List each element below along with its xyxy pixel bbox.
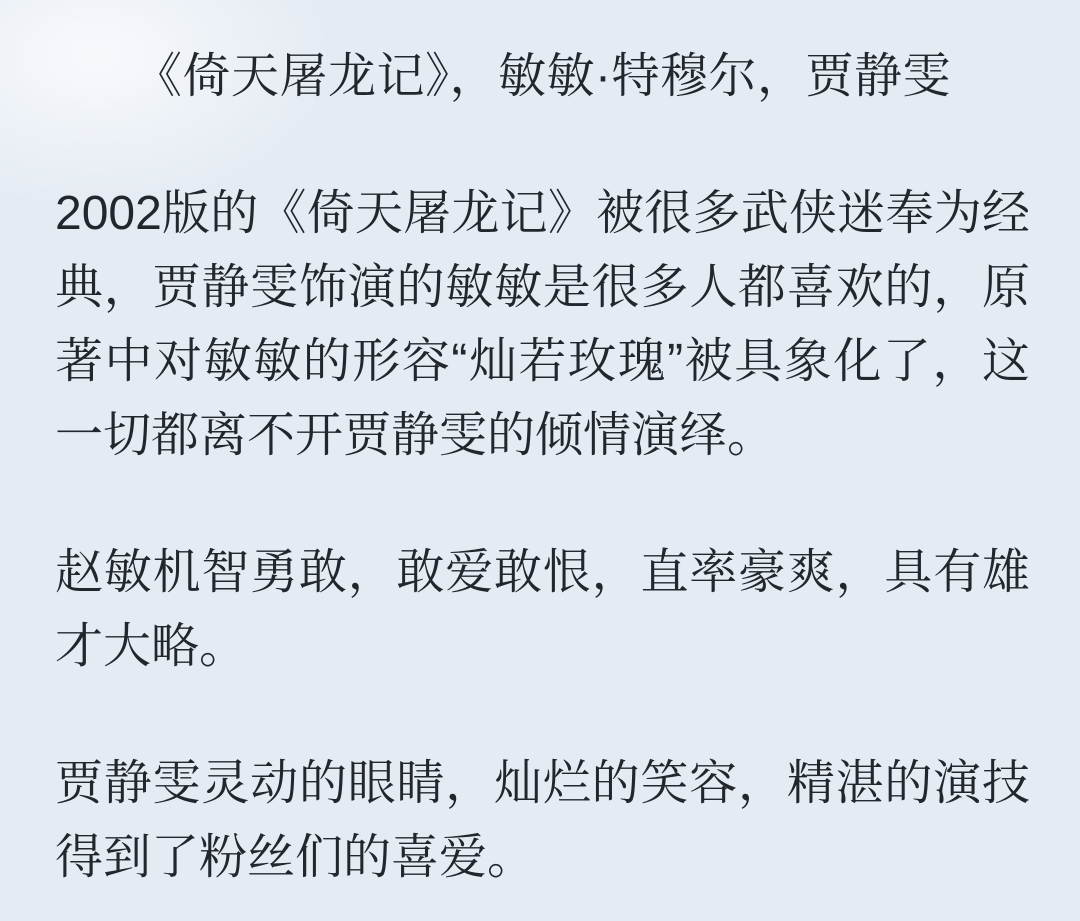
paragraph-intro: 2002版的《倚天屠龙记》被很多武侠迷奉为经典，贾静雯饰演的敏敏是很多人都喜欢的… (55, 177, 1030, 473)
article-page: 《倚天屠龙记》，敏敏·特穆尔，贾静雯 2002版的《倚天屠龙记》被很多武侠迷奉为… (0, 0, 1080, 921)
paragraph-character: 赵敏机智勇敢，敢爱敢恨，直率豪爽，具有雄才大略。 (55, 536, 1030, 684)
paragraph-praise: 贾静雯灵动的眼睛，灿烂的笑容，精湛的演技得到了粉丝们的喜爱。 (55, 747, 1030, 895)
article-title: 《倚天屠龙记》，敏敏·特穆尔，贾静雯 (55, 40, 1030, 114)
